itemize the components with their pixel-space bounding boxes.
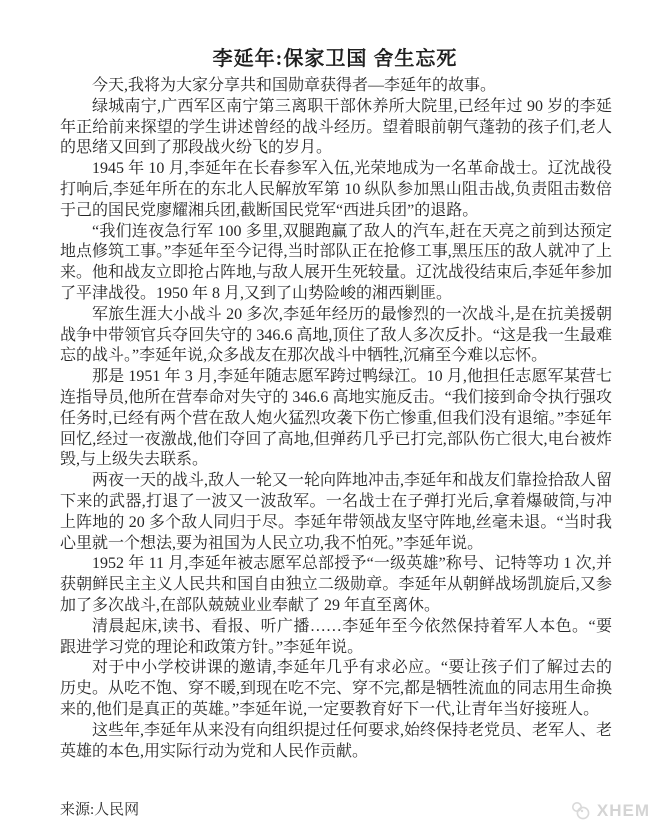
source-label: 来源:人民网 — [60, 798, 139, 819]
paragraph: 1945 年 10 月,李延年在长春参军入伍,光荣地成为一名革命战士。辽沈战役打… — [60, 159, 612, 221]
page-title: 李延年:保家卫国 舍生忘死 — [0, 42, 670, 71]
watermark-text: XHEM — [597, 801, 650, 821]
paragraph: 绿城南宁,广西军区南宁第三离职干部休养所大院里,已经年过 90 岁的李延年正给前… — [60, 97, 612, 159]
document-page: 李延年:保家卫国 舍生忘死 今天,我将为大家分享共和国勋章获得者—李延年的故事。… — [0, 0, 670, 837]
paragraph: 清晨起床,读书、看报、听广播……李延年至今依然保持着军人本色。“要跟进学习党的理… — [60, 617, 612, 659]
paragraph: “我们连夜急行军 100 多里,双腿跑赢了敌人的汽车,赶在天亮之前到达预定地点修… — [60, 222, 612, 305]
paragraph: 那是 1951 年 3 月,李延年随志愿军跨过鸭绿江。10 月,他担任志愿军某营… — [60, 367, 612, 471]
paragraph: 对于中小学校讲课的邀请,李延年几乎有求必应。“要让孩子们了解过去的历史。从吃不饱… — [60, 658, 612, 720]
watermark: XHEM — [570, 801, 650, 821]
paragraph: 今天,我将为大家分享共和国勋章获得者—李延年的故事。 — [60, 76, 612, 97]
paragraph: 1952 年 11 月,李延年被志愿军总部授予“一级英雄”称号、记特等功 1 次… — [60, 554, 612, 616]
xhem-logo-icon — [570, 801, 592, 821]
article-body: 今天,我将为大家分享共和国勋章获得者—李延年的故事。 绿城南宁,广西军区南宁第三… — [60, 76, 612, 762]
paragraph: 两夜一天的战斗,敌人一轮又一轮向阵地冲击,李延年和战友们靠捡拾敌人留下来的武器,… — [60, 471, 612, 554]
paragraph: 军旅生涯大小战斗 20 多次,李延年经历的最惨烈的一次战斗,是在抗美援朝战争中带… — [60, 305, 612, 367]
paragraph: 这些年,李延年从来没有向组织提过任何要求,始终保持老党员、老军人、老英雄的本色,… — [60, 721, 612, 763]
